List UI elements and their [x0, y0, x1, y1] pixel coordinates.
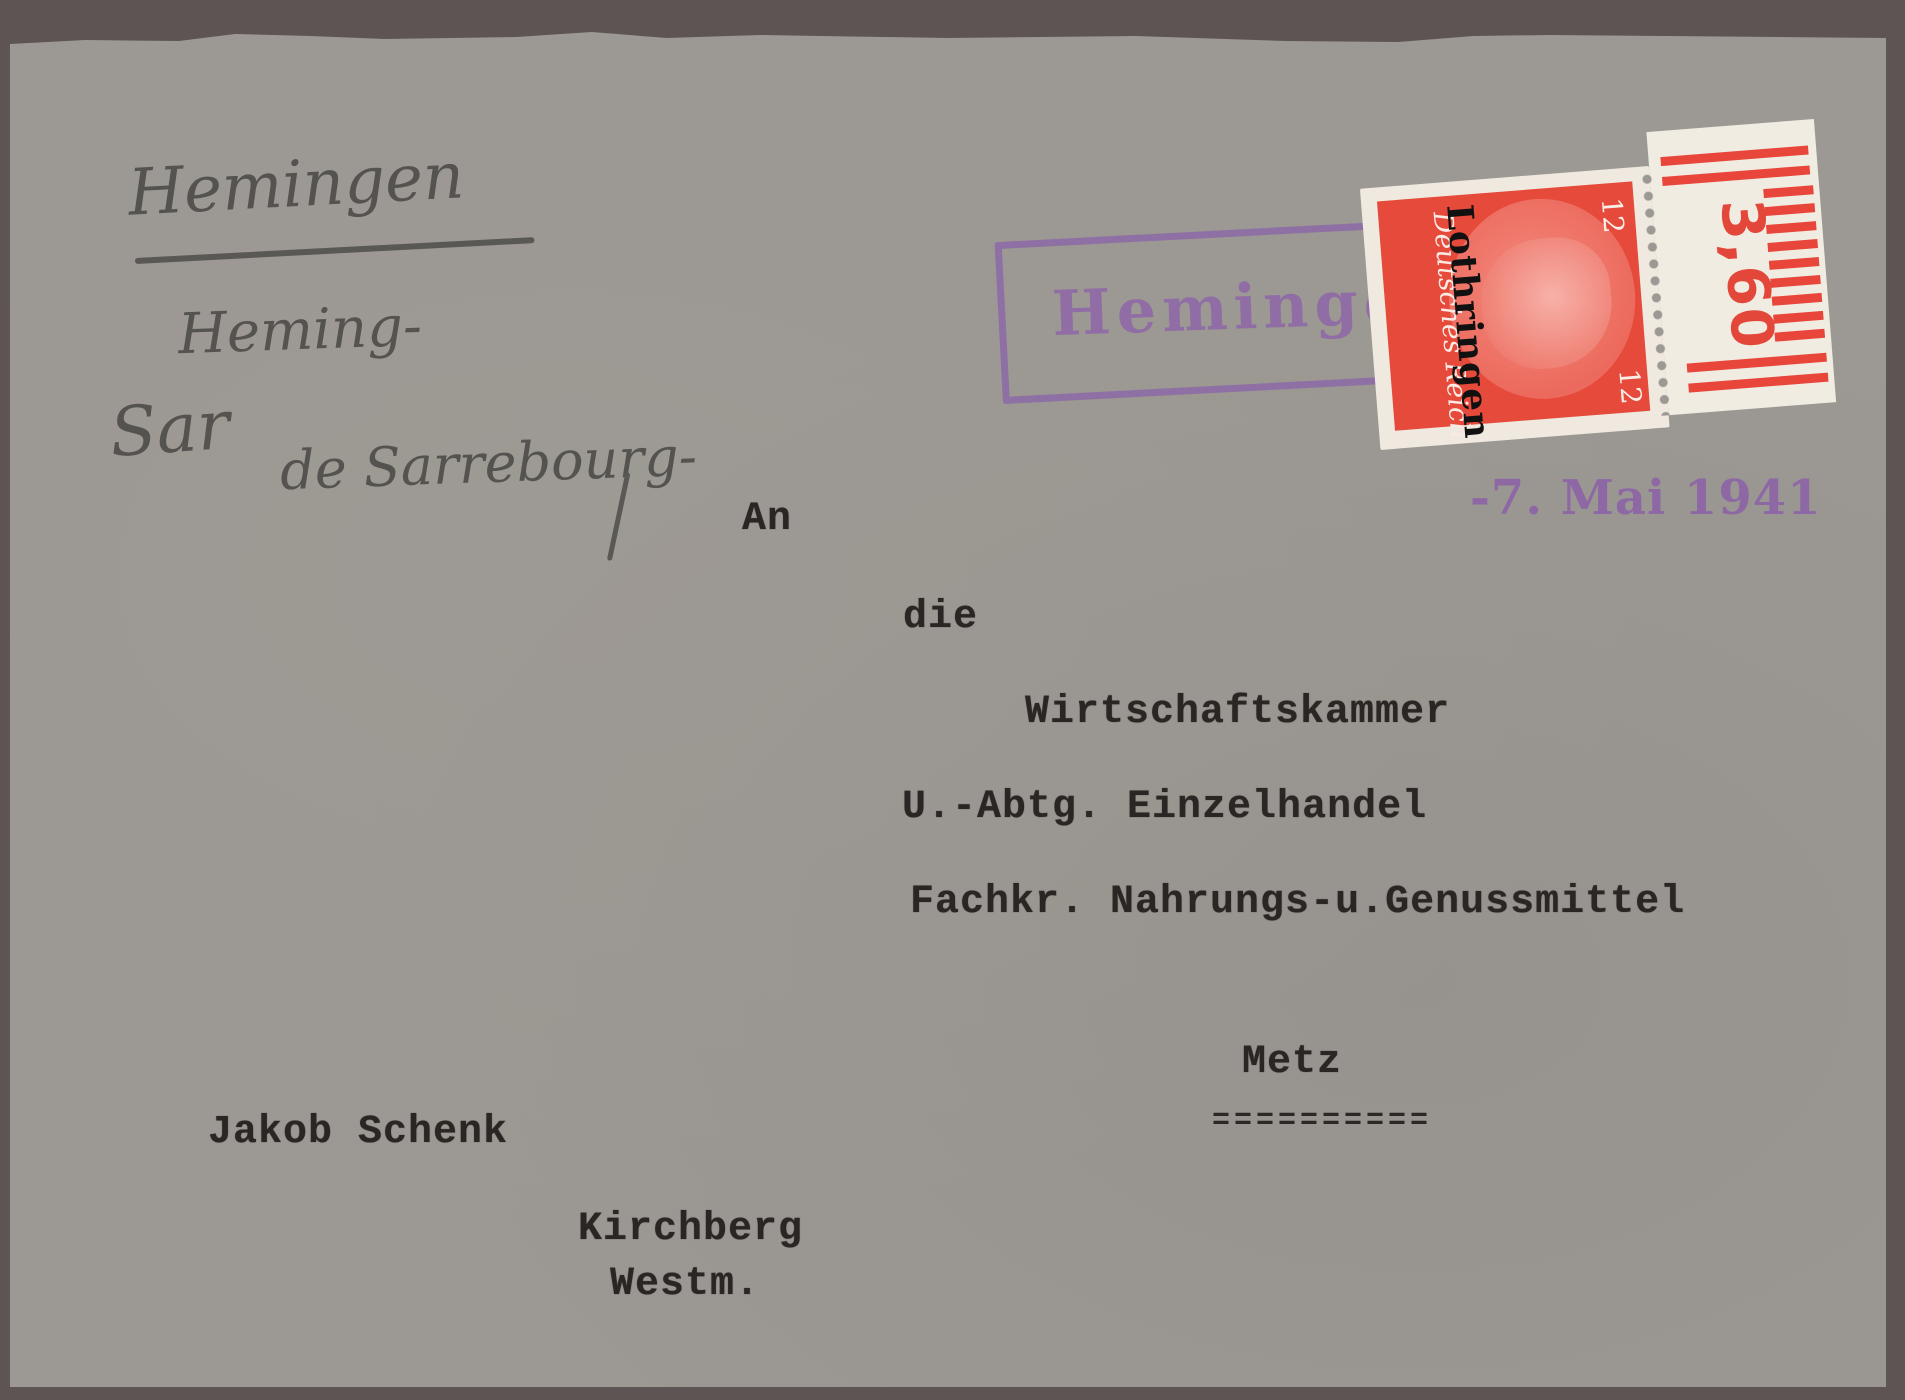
- address-line-4: Fachkr. Nahrungs-u.Genussmittel: [910, 880, 1685, 925]
- sheet-plate-number: 3,60: [1708, 197, 1788, 353]
- postage-stamp-block: 3,60 12 12 Deutsches Reich Lothringen: [1357, 114, 1849, 450]
- address-city: Metz: [1242, 1040, 1342, 1085]
- stamp-denomination-top: 12: [1595, 196, 1631, 234]
- address-line-2: Wirtschaftskammer: [1025, 690, 1450, 735]
- address-line-1: die: [903, 595, 978, 640]
- date-stamp: -7. Mai 1941: [1470, 470, 1822, 526]
- stamp-denomination-bottom: 12: [1612, 368, 1648, 406]
- handwritten-note-line2: Heming-: [177, 294, 423, 367]
- address-salutation: An: [742, 497, 792, 542]
- sender-name: Jakob Schenk: [208, 1110, 508, 1155]
- address-line-3: U.-Abtg. Einzelhandel: [902, 785, 1427, 830]
- sender-town: Kirchberg: [578, 1207, 803, 1252]
- sender-region: Westm.: [610, 1262, 760, 1307]
- handwritten-note-line3: Sar: [107, 386, 232, 473]
- address-city-underline: ==========: [1212, 1104, 1432, 1138]
